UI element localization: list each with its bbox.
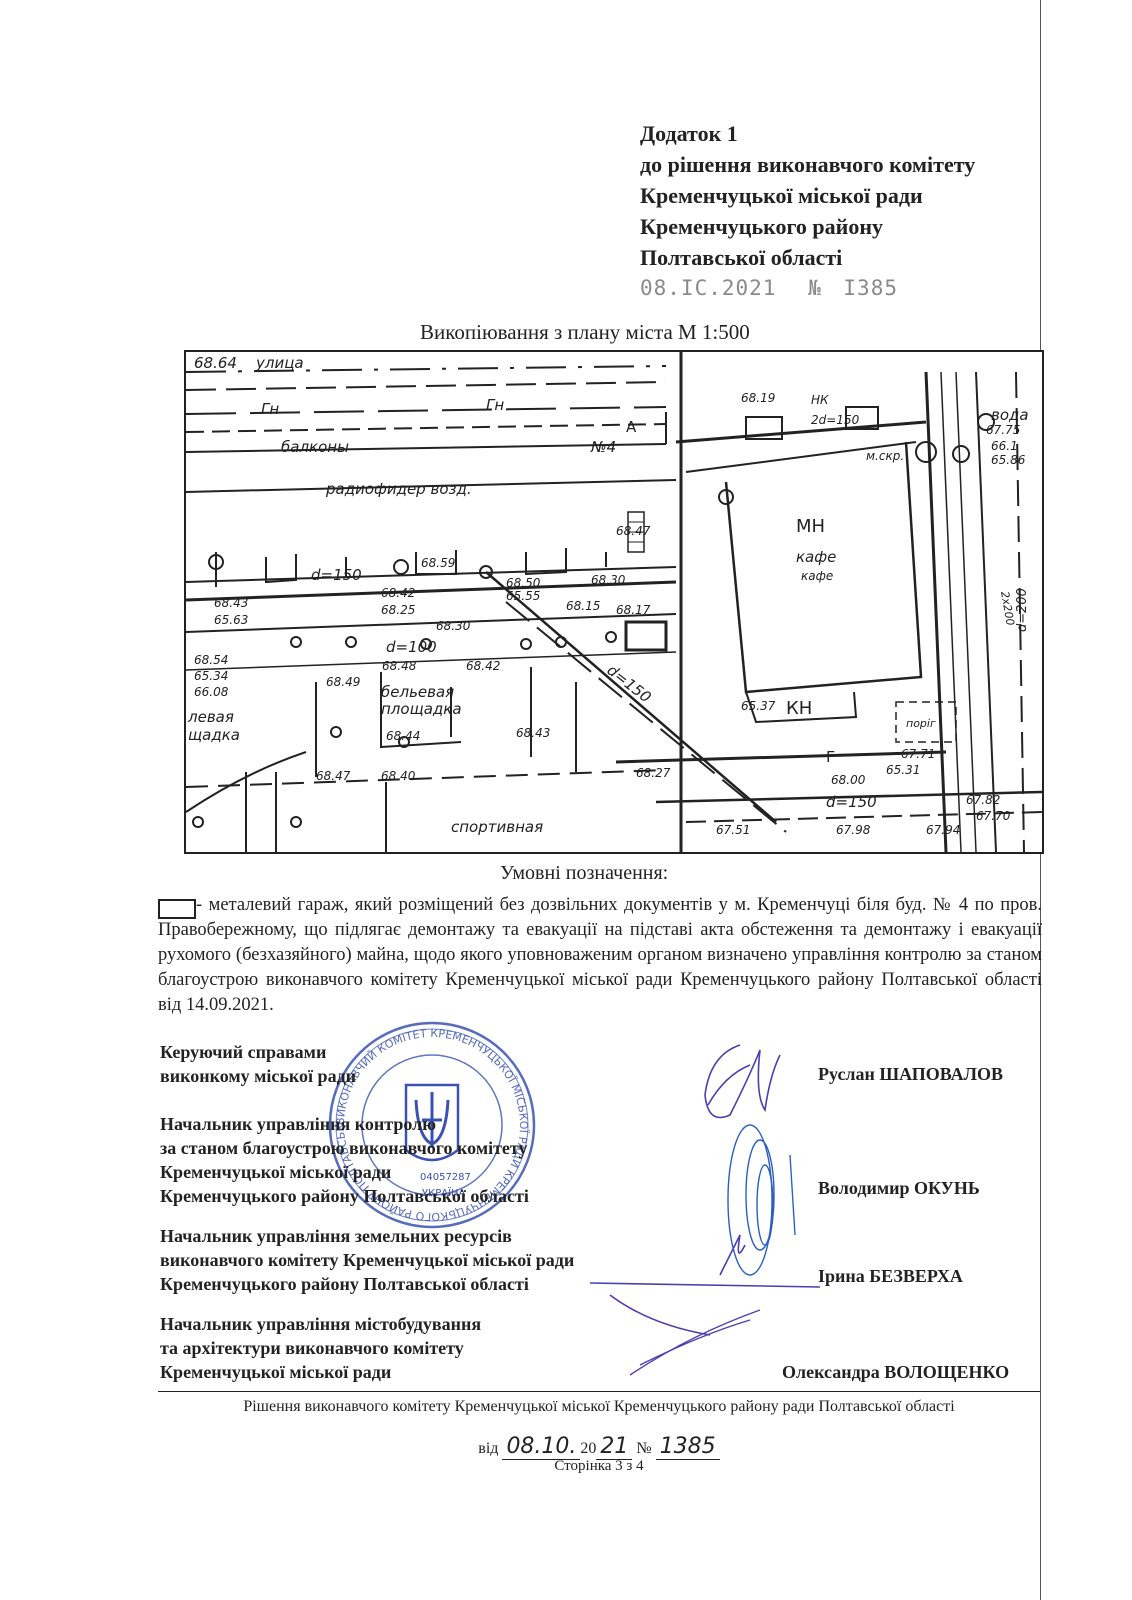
elevation-label: 68.40: [381, 769, 416, 783]
role-line: виконкому міської ради: [160, 1064, 680, 1088]
role-line: Кременчуцької міської ради: [160, 1160, 680, 1184]
elevation-label: 68.15: [566, 599, 600, 613]
elevation-label: 68.00: [831, 773, 866, 787]
elevation-label: 68.42: [466, 659, 500, 673]
appendix-line: до рішення виконавчого комітету: [640, 149, 1040, 180]
signatory-name: Олександра ВОЛОЩЕНКО: [782, 1362, 1009, 1383]
elevation-label: 65.37: [741, 699, 776, 713]
role-line: Начальник управління містобудування: [160, 1312, 680, 1336]
stamp-number: I385: [843, 276, 898, 300]
map-drawing: 68.64 улица Гн Гн балконы №4 радиофидер …: [186, 352, 1042, 852]
map-label-side-2: щадка: [188, 726, 240, 744]
handwritten-year: 21: [596, 1434, 632, 1460]
role-line: за станом благоустрою виконавчого коміте…: [160, 1136, 680, 1160]
map-label-elevation-top: 68.64: [194, 354, 237, 372]
map-label-gas: Гн: [486, 396, 504, 414]
map-label-gas: Гн: [261, 400, 279, 418]
elevation-label: 68.30: [436, 619, 471, 633]
map-label-manhole: м.скр.: [866, 449, 904, 463]
elevation-label: 68.42: [381, 586, 415, 600]
plan-title: Викопіювання з плану міста М 1:500: [420, 320, 750, 345]
elevation-label: 65.63: [214, 613, 248, 627]
elevation-label: 68.43: [516, 726, 550, 740]
elevation-label: 67.70: [976, 809, 1011, 823]
map-label-ed: 2d=150: [811, 413, 860, 427]
map-label-pipe: d=150: [826, 793, 877, 811]
signatory-name: Володимир ОКУНЬ: [818, 1178, 980, 1199]
elevation-label: 68.17: [616, 603, 651, 617]
map-label-playground-2: площадка: [381, 700, 462, 718]
role-line: Кременчуцької міської ради: [160, 1360, 680, 1384]
handwritten-number: 1385: [656, 1434, 720, 1460]
elevation-label: 68.43: [214, 596, 248, 610]
elevation-label: 66.08: [194, 685, 229, 699]
map-label-sports: спортивная: [451, 818, 543, 836]
elevation-label: 68.25: [381, 603, 415, 617]
registration-stamp: 08.IC.2021 № I385: [640, 273, 1040, 303]
signatory-name: Ірина БЕЗВЕРХА: [818, 1266, 963, 1287]
elevation-label: 65.86: [991, 453, 1026, 467]
role-line: Керуючий справами: [160, 1040, 680, 1064]
signature-block: Начальник управління містобудування та а…: [160, 1312, 1040, 1384]
elevation-label: 67.94: [926, 823, 960, 837]
elevation-label: 67.71: [901, 747, 935, 761]
map-label-porch: поріг: [906, 717, 936, 730]
signatory-name: Руслан ШАПОВАЛОВ: [818, 1064, 1003, 1085]
elevation-label: 65.31: [886, 763, 920, 777]
number-sign: №: [636, 1440, 651, 1457]
elevation-label: 68.44: [386, 729, 420, 743]
elevation-label: 67.82: [966, 793, 1000, 807]
map-label-nk: НК: [811, 393, 829, 407]
role-line: Начальник управління контролю: [160, 1112, 680, 1136]
map-label-building-number: №4: [590, 438, 616, 456]
role-line: Кременчуцького району Полтавської област…: [160, 1184, 680, 1208]
year-prefix: 20: [580, 1440, 596, 1457]
elevation-label: 67.98: [836, 823, 871, 837]
elevation-label: 65.55: [506, 589, 540, 603]
legend-description: - металевий гараж, який розміщений без д…: [158, 893, 1042, 1018]
map-label-g: Г: [826, 748, 835, 766]
elevation-label: 68.47: [316, 769, 351, 783]
map-label-pipe: d=100: [386, 638, 437, 656]
elevation-label: 68.27: [636, 766, 671, 780]
appendix-line: Кременчуцького району: [640, 211, 1040, 242]
signature-block: Керуючий справами виконкому міської ради…: [160, 1040, 1040, 1088]
role-line: Начальник управління земельних ресурсів: [160, 1224, 680, 1248]
appendix-line: Додаток 1: [640, 118, 1040, 149]
stamp-date: 08.IC.2021: [640, 276, 776, 300]
map-label-a: А: [626, 418, 637, 436]
map-label-pipe: d=200: [1015, 588, 1030, 632]
appendix-header: Додаток 1 до рішення виконавчого комітет…: [640, 118, 1040, 303]
map-label-cafe: кафе: [801, 569, 833, 583]
elevation-label: 68.49: [326, 675, 360, 689]
map-label-side-1: левая: [187, 708, 234, 726]
elevation-label: 68.59: [421, 556, 455, 570]
handwritten-date: 08.10.: [502, 1434, 580, 1460]
signature-block: Начальник управління земельних ресурсів …: [160, 1224, 1040, 1296]
elevation-label: 68.48: [382, 659, 417, 673]
elevation-label: 67.51: [716, 823, 750, 837]
stamp-number-sign: №: [808, 276, 822, 300]
elevation-label: 65.34: [194, 669, 228, 683]
page-number: Сторінка 3 з 4: [158, 1458, 1040, 1475]
footer-decision-text: Рішення виконавчого комітету Кременчуцьк…: [158, 1398, 1040, 1416]
role-line: виконавчого комітету Кременчуцької міськ…: [160, 1248, 680, 1272]
map-label-building-mn: МН: [796, 516, 825, 537]
elevation-label: 67.75: [986, 423, 1020, 437]
elevation-label: 68.47: [616, 524, 651, 538]
garage-symbol-icon: [158, 899, 196, 919]
signatory-role: Начальник управління земельних ресурсів …: [160, 1224, 680, 1296]
elevation-label: 66.1: [991, 439, 1018, 453]
signatory-role: Начальник управління містобудування та а…: [160, 1312, 680, 1384]
city-plan-map: 68.64 улица Гн Гн балконы №4 радиофидер …: [184, 350, 1044, 854]
elevation-label: 68.19: [741, 391, 775, 405]
map-label-pipe: d=150: [604, 661, 655, 706]
signatory-role: Керуючий справами виконкому міської ради: [160, 1040, 680, 1088]
role-line: Кременчуцького району Полтавської област…: [160, 1272, 680, 1296]
map-label-balconies: балконы: [281, 438, 349, 456]
signatory-role: Начальник управління контролю за станом …: [160, 1112, 680, 1208]
appendix-line: Полтавської області: [640, 242, 1040, 273]
footer-decision-date: від 08.10.2021 № 1385: [158, 1434, 1040, 1459]
map-label-pipe: d=150: [311, 566, 362, 584]
map-label-radio-feeder: радиофидер возд.: [325, 480, 472, 498]
appendix-line: Кременчуцької міської ради: [640, 180, 1040, 211]
role-line: та архітектури виконавчого комітету: [160, 1336, 680, 1360]
footer-divider: [158, 1391, 1040, 1392]
elevation-label: 68.54: [194, 653, 228, 667]
map-label-playground-1: бельевая: [381, 683, 454, 701]
map-label-water: вода: [991, 406, 1029, 424]
map-label-street: улица: [255, 354, 304, 372]
elevation-label: 68.30: [591, 573, 626, 587]
legend-title: Умовні позначення:: [500, 862, 668, 885]
elevation-label: 68.50: [506, 576, 541, 590]
signature-block: Начальник управління контролю за станом …: [160, 1112, 1040, 1208]
map-label-cafe: кафе: [796, 548, 836, 566]
date-prefix: від: [478, 1440, 498, 1457]
map-label-building-kn: КН: [786, 698, 812, 719]
